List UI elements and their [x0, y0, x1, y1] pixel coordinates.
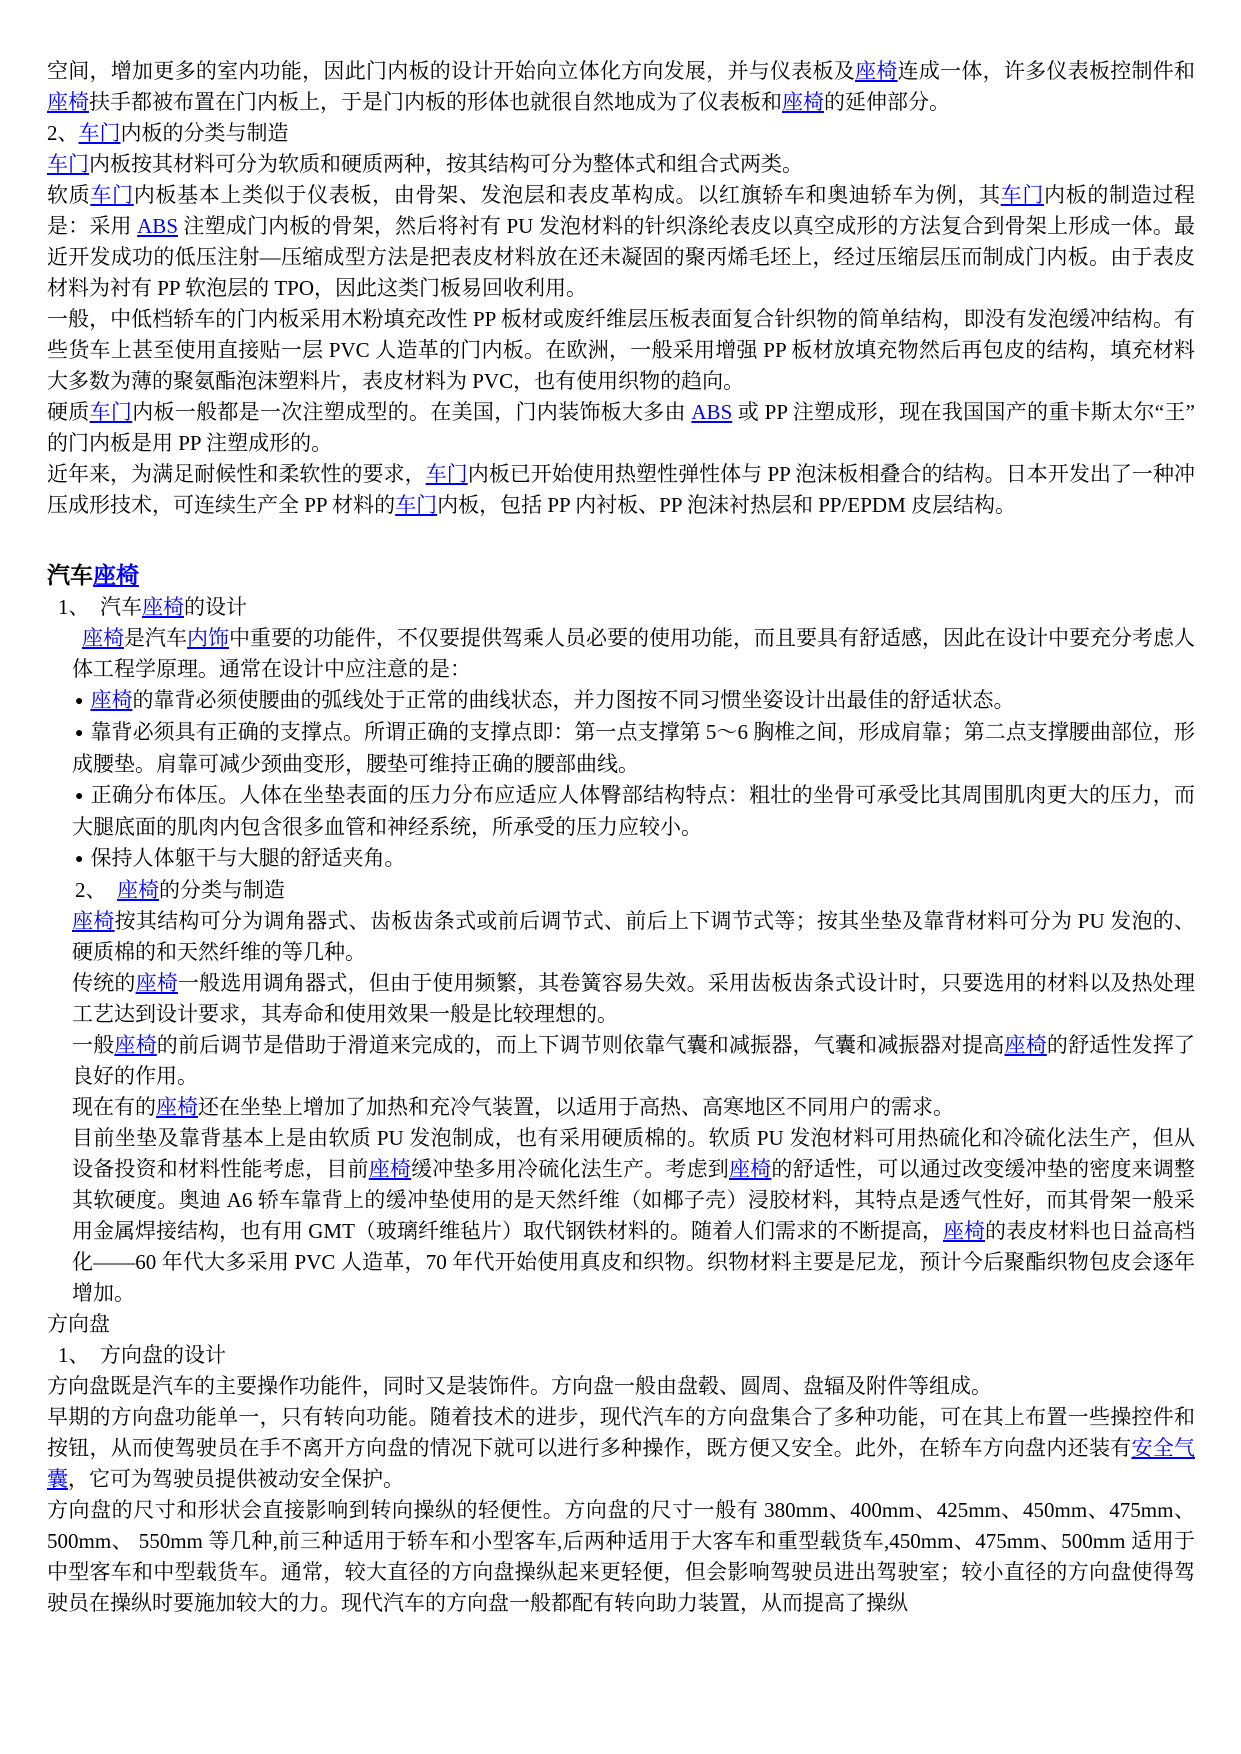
hyperlink[interactable]: 座椅: [156, 1095, 198, 1119]
hyperlink[interactable]: 座椅: [47, 90, 89, 114]
hyperlink[interactable]: 座椅: [855, 59, 898, 83]
text-run: 的延伸部分。: [824, 90, 950, 114]
text-run: 一般选用调角器式，但由于使用频繁，其卷簧容易失效。采用齿板齿条式设计时，只要选用…: [72, 971, 1195, 1026]
paragraph: 方向盘的尺寸和形状会直接影响到转向操纵的轻便性。方向盘的尺寸一般有 380mm、…: [47, 1495, 1195, 1619]
text-run: 的靠背必须使腰曲的弧线处于正常的曲线状态，并力图按不同习惯坐姿设计出最佳的舒适状…: [132, 688, 1014, 712]
text-run: 汽车: [47, 563, 93, 588]
hyperlink[interactable]: 座椅: [117, 878, 159, 902]
text-run: 2、: [47, 121, 79, 145]
text-run: 内板按其材料可分为软质和硬质两种，按其结构可分为整体式和组合式两类。: [89, 152, 803, 176]
text-run: 扶手都被布置在门内板上，于是门内板的形体也就很自然地成为了仪表板和: [89, 90, 782, 114]
bullet-icon: ●: [75, 789, 84, 804]
paragraph: 方向盘: [47, 1309, 1195, 1340]
paragraph: 传统的座椅一般选用调角器式，但由于使用频繁，其卷簧容易失效。采用齿板齿条式设计时…: [47, 968, 1195, 1030]
document-page: 空间，增加更多的室内功能，因此门内板的设计开始向立体化方向发展，并与仪表板及座椅…: [47, 56, 1195, 1619]
paragraph: 一般座椅的前后调节是借助于滑道来完成的，而上下调节则依靠气囊和减振器，气囊和减振…: [47, 1030, 1195, 1092]
bullet-icon: ●: [75, 694, 83, 709]
hyperlink[interactable]: 座椅: [369, 1157, 411, 1181]
text-run: 正确分布体压。人体在坐垫表面的压力分布应适应人体臀部结构特点：粗壮的坐骨可承受比…: [72, 783, 1195, 839]
text-run: 方向盘的尺寸和形状会直接影响到转向操纵的轻便性。方向盘的尺寸一般有 380mm、…: [47, 1498, 1195, 1615]
text-run: 内板一般都是一次注塑成型的。在美国，门内装饰板大多由: [132, 400, 691, 424]
section-heading: 汽车座椅: [47, 559, 1195, 592]
text-run: 一般: [72, 1033, 114, 1057]
text-run: 早期的方向盘功能单一，只有转向功能。随着技术的进步，现代汽车的方向盘集合了多种功…: [47, 1405, 1195, 1460]
text-run: 中重要的功能件，不仅要提供驾乘人员必要的使用功能，而且要具有舒适感，因此在设计中…: [72, 626, 1195, 681]
paragraph: 现在有的座椅还在坐垫上增加了加热和充冷气装置，以适用于高热、高寒地区不同用户的需…: [47, 1092, 1195, 1123]
paragraph: 软质车门内板基本上类似于仪表板，由骨架、发泡层和表皮革构成。以红旗轿车和奥迪轿车…: [47, 180, 1195, 304]
text-run: 的分类与制造: [159, 878, 285, 902]
text-run: 近年来，为满足耐候性和柔软性的要求，: [47, 462, 426, 486]
text-run: 靠背必须具有正确的支撑点。所谓正确的支撑点即：第一点支撑第 5～6 胸椎之间，形…: [72, 720, 1195, 776]
hyperlink[interactable]: 座椅: [90, 688, 132, 712]
text-run: 方向盘: [47, 1312, 110, 1336]
text-run: 一般，中低档轿车的门内板采用木粉填充改性 PP 板材或废纤维层压板表面复合针织物…: [47, 307, 1195, 393]
text-run: 传统的: [72, 971, 136, 995]
hyperlink[interactable]: 座椅: [943, 1219, 985, 1243]
paragraph: 硬质车门内板一般都是一次注塑成型的。在美国，门内装饰板大多由 ABS 或 PP …: [47, 397, 1195, 459]
paragraph: 1、 汽车座椅的设计: [47, 592, 1195, 623]
paragraph: 座椅是汽车内饰中重要的功能件，不仅要提供驾乘人员必要的使用功能，而且要具有舒适感…: [47, 623, 1195, 685]
text-run: 内板的分类与制造: [121, 121, 289, 145]
text-run: 保持人体躯干与大腿的舒适夹角。: [90, 846, 405, 870]
text-run: 硬质: [47, 400, 90, 424]
paragraph: 早期的方向盘功能单一，只有转向功能。随着技术的进步，现代汽车的方向盘集合了多种功…: [47, 1402, 1195, 1495]
text-run: 内板，包括 PP 内衬板、PP 泡沫衬热层和 PP/EPDM 皮层结构。: [437, 493, 1016, 517]
text-run: ，它可为驾驶员提供被动安全保护。: [68, 1467, 404, 1491]
hyperlink[interactable]: 座椅: [729, 1157, 771, 1181]
hyperlink[interactable]: 车门: [90, 183, 133, 207]
paragraph: 座椅按其结构可分为调角器式、齿板齿条式或前后调节式、前后上下调节式等；按其坐垫及…: [47, 906, 1195, 968]
paragraph: ●靠背必须具有正确的支撑点。所谓正确的支撑点即：第一点支撑第 5～6 胸椎之间，…: [47, 717, 1195, 780]
hyperlink[interactable]: 车门: [47, 152, 89, 176]
text-run: 是汽车: [124, 626, 187, 650]
hyperlink[interactable]: 车门: [426, 462, 468, 486]
paragraph: 目前坐垫及靠背基本上是由软质 PU 发泡制成，也有采用硬质棉的。软质 PU 发泡…: [47, 1123, 1195, 1309]
paragraph: 方向盘既是汽车的主要操作功能件，同时又是装饰件。方向盘一般由盘毂、圆周、盘辐及附…: [47, 1371, 1195, 1402]
paragraph: 车门内板按其材料可分为软质和硬质两种，按其结构可分为整体式和组合式两类。: [47, 149, 1195, 180]
bullet-icon: ●: [75, 726, 84, 741]
text-run: 1、 方向盘的设计: [58, 1343, 226, 1367]
paragraph: ●保持人体躯干与大腿的舒适夹角。: [47, 843, 1195, 875]
hyperlink[interactable]: 车门: [79, 121, 121, 145]
hyperlink[interactable]: 座椅: [82, 626, 124, 650]
hyperlink[interactable]: 座椅: [782, 90, 824, 114]
paragraph: 1、 方向盘的设计: [47, 1340, 1195, 1371]
paragraph: 2、 座椅的分类与制造: [47, 875, 1195, 906]
hyperlink[interactable]: 座椅: [114, 1033, 156, 1057]
text-run: 还在坐垫上增加了加热和充冷气装置，以适用于高热、高寒地区不同用户的需求。: [198, 1095, 954, 1119]
text-run: 注塑成门内板的骨架，然后将衬有 PU 发泡材料的针织涤纶表皮以真空成形的方法复合…: [47, 214, 1195, 300]
hyperlink[interactable]: 座椅: [1004, 1033, 1046, 1057]
paragraph: 一般，中低档轿车的门内板采用木粉填充改性 PP 板材或废纤维层压板表面复合针织物…: [47, 304, 1195, 397]
paragraph: ●座椅的靠背必须使腰曲的弧线处于正常的曲线状态，并力图按不同习惯坐姿设计出最佳的…: [47, 685, 1195, 717]
text-run: 1、 汽车: [58, 595, 142, 619]
text-run: 内板基本上类似于仪表板，由骨架、发泡层和表皮革构成。以红旗轿车和奥迪轿车为例，其: [134, 183, 1001, 207]
text-run: 空间，增加更多的室内功能，因此门内板的设计开始向立体化方向发展，并与仪表板及: [47, 59, 855, 83]
hyperlink[interactable]: 座椅: [93, 563, 139, 588]
text-run: 的设计: [184, 595, 247, 619]
text-run: 的前后调节是借助于滑道来完成的，而上下调节则依靠气囊和减振器，气囊和减振器对提高: [157, 1033, 1005, 1057]
hyperlink[interactable]: 座椅: [142, 595, 184, 619]
hyperlink[interactable]: ABS: [137, 214, 178, 238]
hyperlink[interactable]: 车门: [90, 400, 133, 424]
hyperlink[interactable]: 车门: [1001, 183, 1044, 207]
paragraph: ●正确分布体压。人体在坐垫表面的压力分布应适应人体臀部结构特点：粗壮的坐骨可承受…: [47, 780, 1195, 843]
paragraph: 空间，增加更多的室内功能，因此门内板的设计开始向立体化方向发展，并与仪表板及座椅…: [47, 56, 1195, 118]
text-run: 按其结构可分为调角器式、齿板齿条式或前后调节式、前后上下调节式等；按其坐垫及靠背…: [72, 909, 1195, 964]
hyperlink[interactable]: 车门: [395, 493, 437, 517]
hyperlink[interactable]: ABS: [691, 400, 732, 424]
paragraph: 2、车门内板的分类与制造: [47, 118, 1195, 149]
text-run: 2、: [75, 878, 117, 902]
text-run: 软质: [47, 183, 90, 207]
bullet-icon: ●: [75, 852, 83, 867]
hyperlink[interactable]: 座椅: [136, 971, 178, 995]
hyperlink[interactable]: 座椅: [72, 909, 115, 933]
hyperlink[interactable]: 内饰: [187, 626, 229, 650]
paragraph: 近年来，为满足耐候性和柔软性的要求，车门内板已开始使用热塑性弹性体与 PP 泡沫…: [47, 459, 1195, 521]
text-run: 方向盘既是汽车的主要操作功能件，同时又是装饰件。方向盘一般由盘毂、圆周、盘辐及附…: [47, 1374, 992, 1398]
text-run: 缓冲垫多用冷硫化法生产。考虑到: [411, 1157, 729, 1181]
text-run: 连成一体，许多仪表板控制件和: [898, 59, 1195, 83]
text-run: 现在有的: [72, 1095, 156, 1119]
